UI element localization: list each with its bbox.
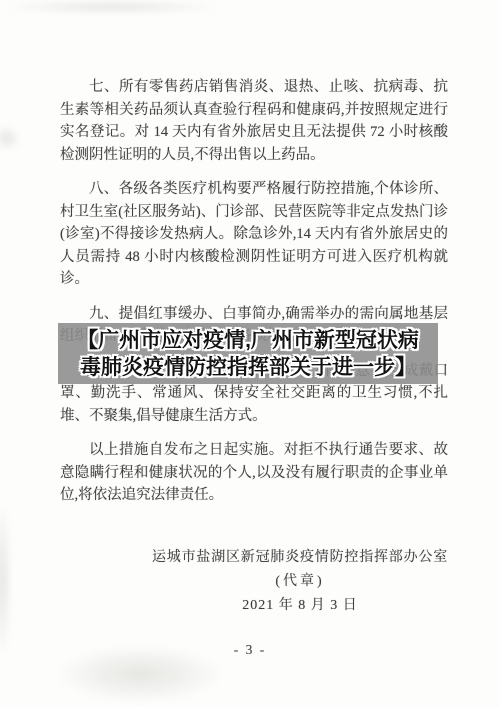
- paragraph-item-8: 八、各级各类医疗机构要严格履行防控措施,个体诊所、村卫生室(社区服务站)、门诊部…: [60, 178, 448, 291]
- scan-smudge: [2, 0, 222, 14]
- overlay-title-line-2: 毒肺炎疫情防控指挥部关于进一步】: [80, 354, 416, 381]
- scan-smudge: [0, 125, 20, 151]
- page-number: - 3 -: [0, 642, 500, 658]
- scan-smudge: [0, 500, 12, 660]
- signature-organization: 运城市盐湖区新冠肺炎疫情防控指挥部办公室: [152, 546, 448, 570]
- paragraph-item-7: 七、所有零售药店销售消炎、退热、止咳、抗病毒、抗生素等相关药品须认真查验行程码和…: [60, 76, 448, 166]
- overlay-title-line-1: 【广州市应对疫情,广州市新型冠状病: [77, 327, 419, 354]
- signature-seal-note: (代章): [152, 570, 448, 594]
- signature-date: 2021 年 8 月 3 日: [152, 594, 448, 618]
- paragraph-closing: 以上措施自发布之日起实施。对拒不执行通告要求、故意隐瞒行程和健康状况的个人,以及…: [60, 439, 448, 507]
- scanned-document-page: 七、所有零售药店销售消炎、退热、止咳、抗病毒、抗生素等相关药品须认真查验行程码和…: [0, 0, 500, 707]
- title-overlay-band: 【广州市应对疫情,广州市新型冠状病 毒肺炎疫情防控指挥部关于进一步】: [58, 323, 438, 384]
- signature-block: 运城市盐湖区新冠肺炎疫情防控指挥部办公室 (代章) 2021 年 8 月 3 日: [152, 546, 448, 618]
- document-body: 七、所有零售药店销售消炎、退热、止咳、抗病毒、抗生素等相关药品须认真查验行程码和…: [60, 76, 448, 519]
